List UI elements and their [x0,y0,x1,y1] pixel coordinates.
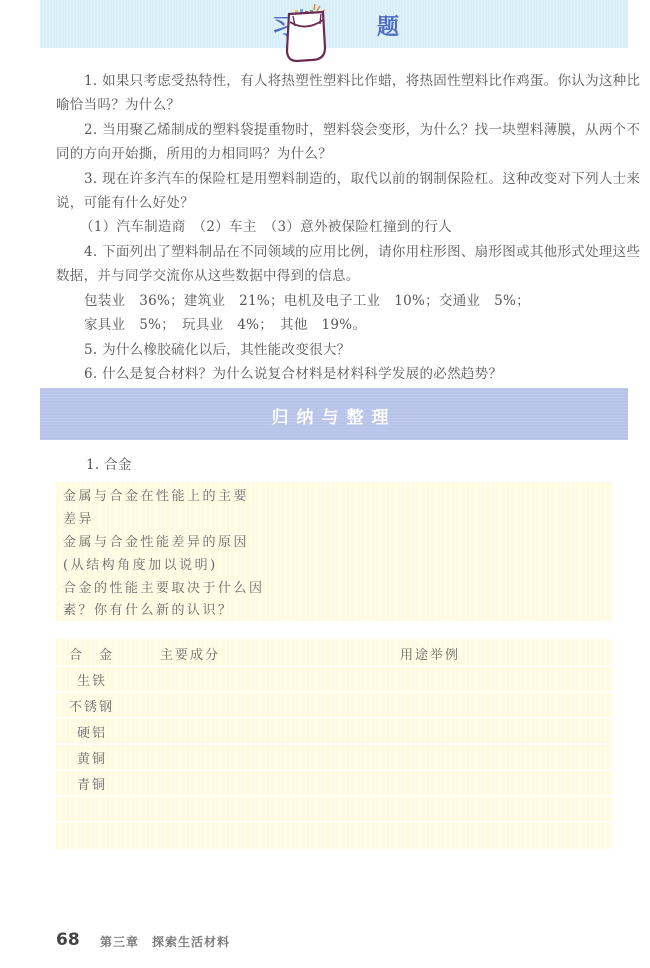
question-3-options: （1）汽车制造商 （2）车主 （3）意外被保险杠撞到的行人 [80,217,452,237]
table-row-alloy: 黄铜 [77,748,107,767]
question-2-line2: 同的方向开始撕，所用的力相同吗？为什么？ [56,144,332,164]
row-divider [55,717,612,719]
box-line: 素？你有什么新的认识？ [63,599,234,618]
exercise-banner: 习 题 [40,0,628,48]
section-alloy-label: 1. 合金 [86,455,132,475]
question-1-line2: 喻恰当吗？为什么？ [56,95,180,115]
row-divider [55,665,612,667]
row-divider [55,691,612,693]
row-divider [55,821,612,823]
question-5: 5. 为什么橡胶硫化以后，其性能改变很大？ [84,340,350,360]
exercise-title-right: 题 [377,10,399,41]
box-line: (从结构角度加以说明) [63,554,218,573]
row-divider [55,769,612,771]
question-4-line1: 4. 下面列出了塑料制品在不同领域的应用比例，请你用柱形图、扇形图或其他形式处理… [84,242,640,262]
question-3-line1: 3. 现在许多汽车的保险杠是用塑料制造的，取代以前的钢制保险杠。这种改变对下列人… [84,169,640,189]
summary-title: 归纳与整理 [40,403,628,428]
summary-banner: 归纳与整理 [40,388,628,440]
question-4-line2: 数据，并与同学交流你从这些数据中得到的信息。 [56,266,360,286]
header-alloy: 合 金 [69,644,114,663]
question-3-line2: 说，可能有什么好处？ [56,193,194,213]
box-line: 金属与合金性能差异的原因 [63,531,249,550]
row-divider [55,795,612,797]
question-4-data-line1: 包装业 36%；建筑业 21%；电机及电子工业 10%；交通业 5%； [84,291,530,311]
question-6: 6. 什么是复合材料？为什么说复合材料是材料科学发展的必然趋势？ [84,364,502,384]
header-uses: 用途举例 [400,644,460,663]
question-2-line1: 2. 当用聚乙烯制成的塑料袋提重物时，塑料袋会变形，为什么？找一块塑料薄膜，从两… [84,120,640,140]
pocket-pens-icon [281,2,331,64]
chapter-title: 第三章 探索生活材料 [100,933,230,950]
table-row-alloy: 硬铝 [77,722,107,741]
table-row-alloy: 不锈钢 [69,696,114,715]
box-line: 金属与合金在性能上的主要 [63,485,249,504]
row-divider [55,743,612,745]
table-row-alloy: 青铜 [77,774,107,793]
header-composition: 主要成分 [160,644,220,663]
alloy-table: 合 金 主要成分 用途举例 生铁 不锈钢 硬铝 黄铜 青铜 [55,639,612,849]
page-number: 68 [56,930,80,950]
question-1-line1: 1. 如果只考虑受热特性，有人将热塑性塑料比作蜡，将热固性塑料比作鸡蛋。你认为这… [84,71,640,91]
box-line: 差异 [63,508,94,527]
table-row-alloy: 生铁 [77,670,107,689]
question-4-data-line2: 家具业 5%； 玩具业 4%； 其他 19%。 [84,315,366,335]
alloy-questions-box: 金属与合金在性能上的主要 差异 金属与合金性能差异的原因 (从结构角度加以说明)… [55,482,612,621]
box-line: 合金的性能主要取决于什么因 [63,577,265,596]
